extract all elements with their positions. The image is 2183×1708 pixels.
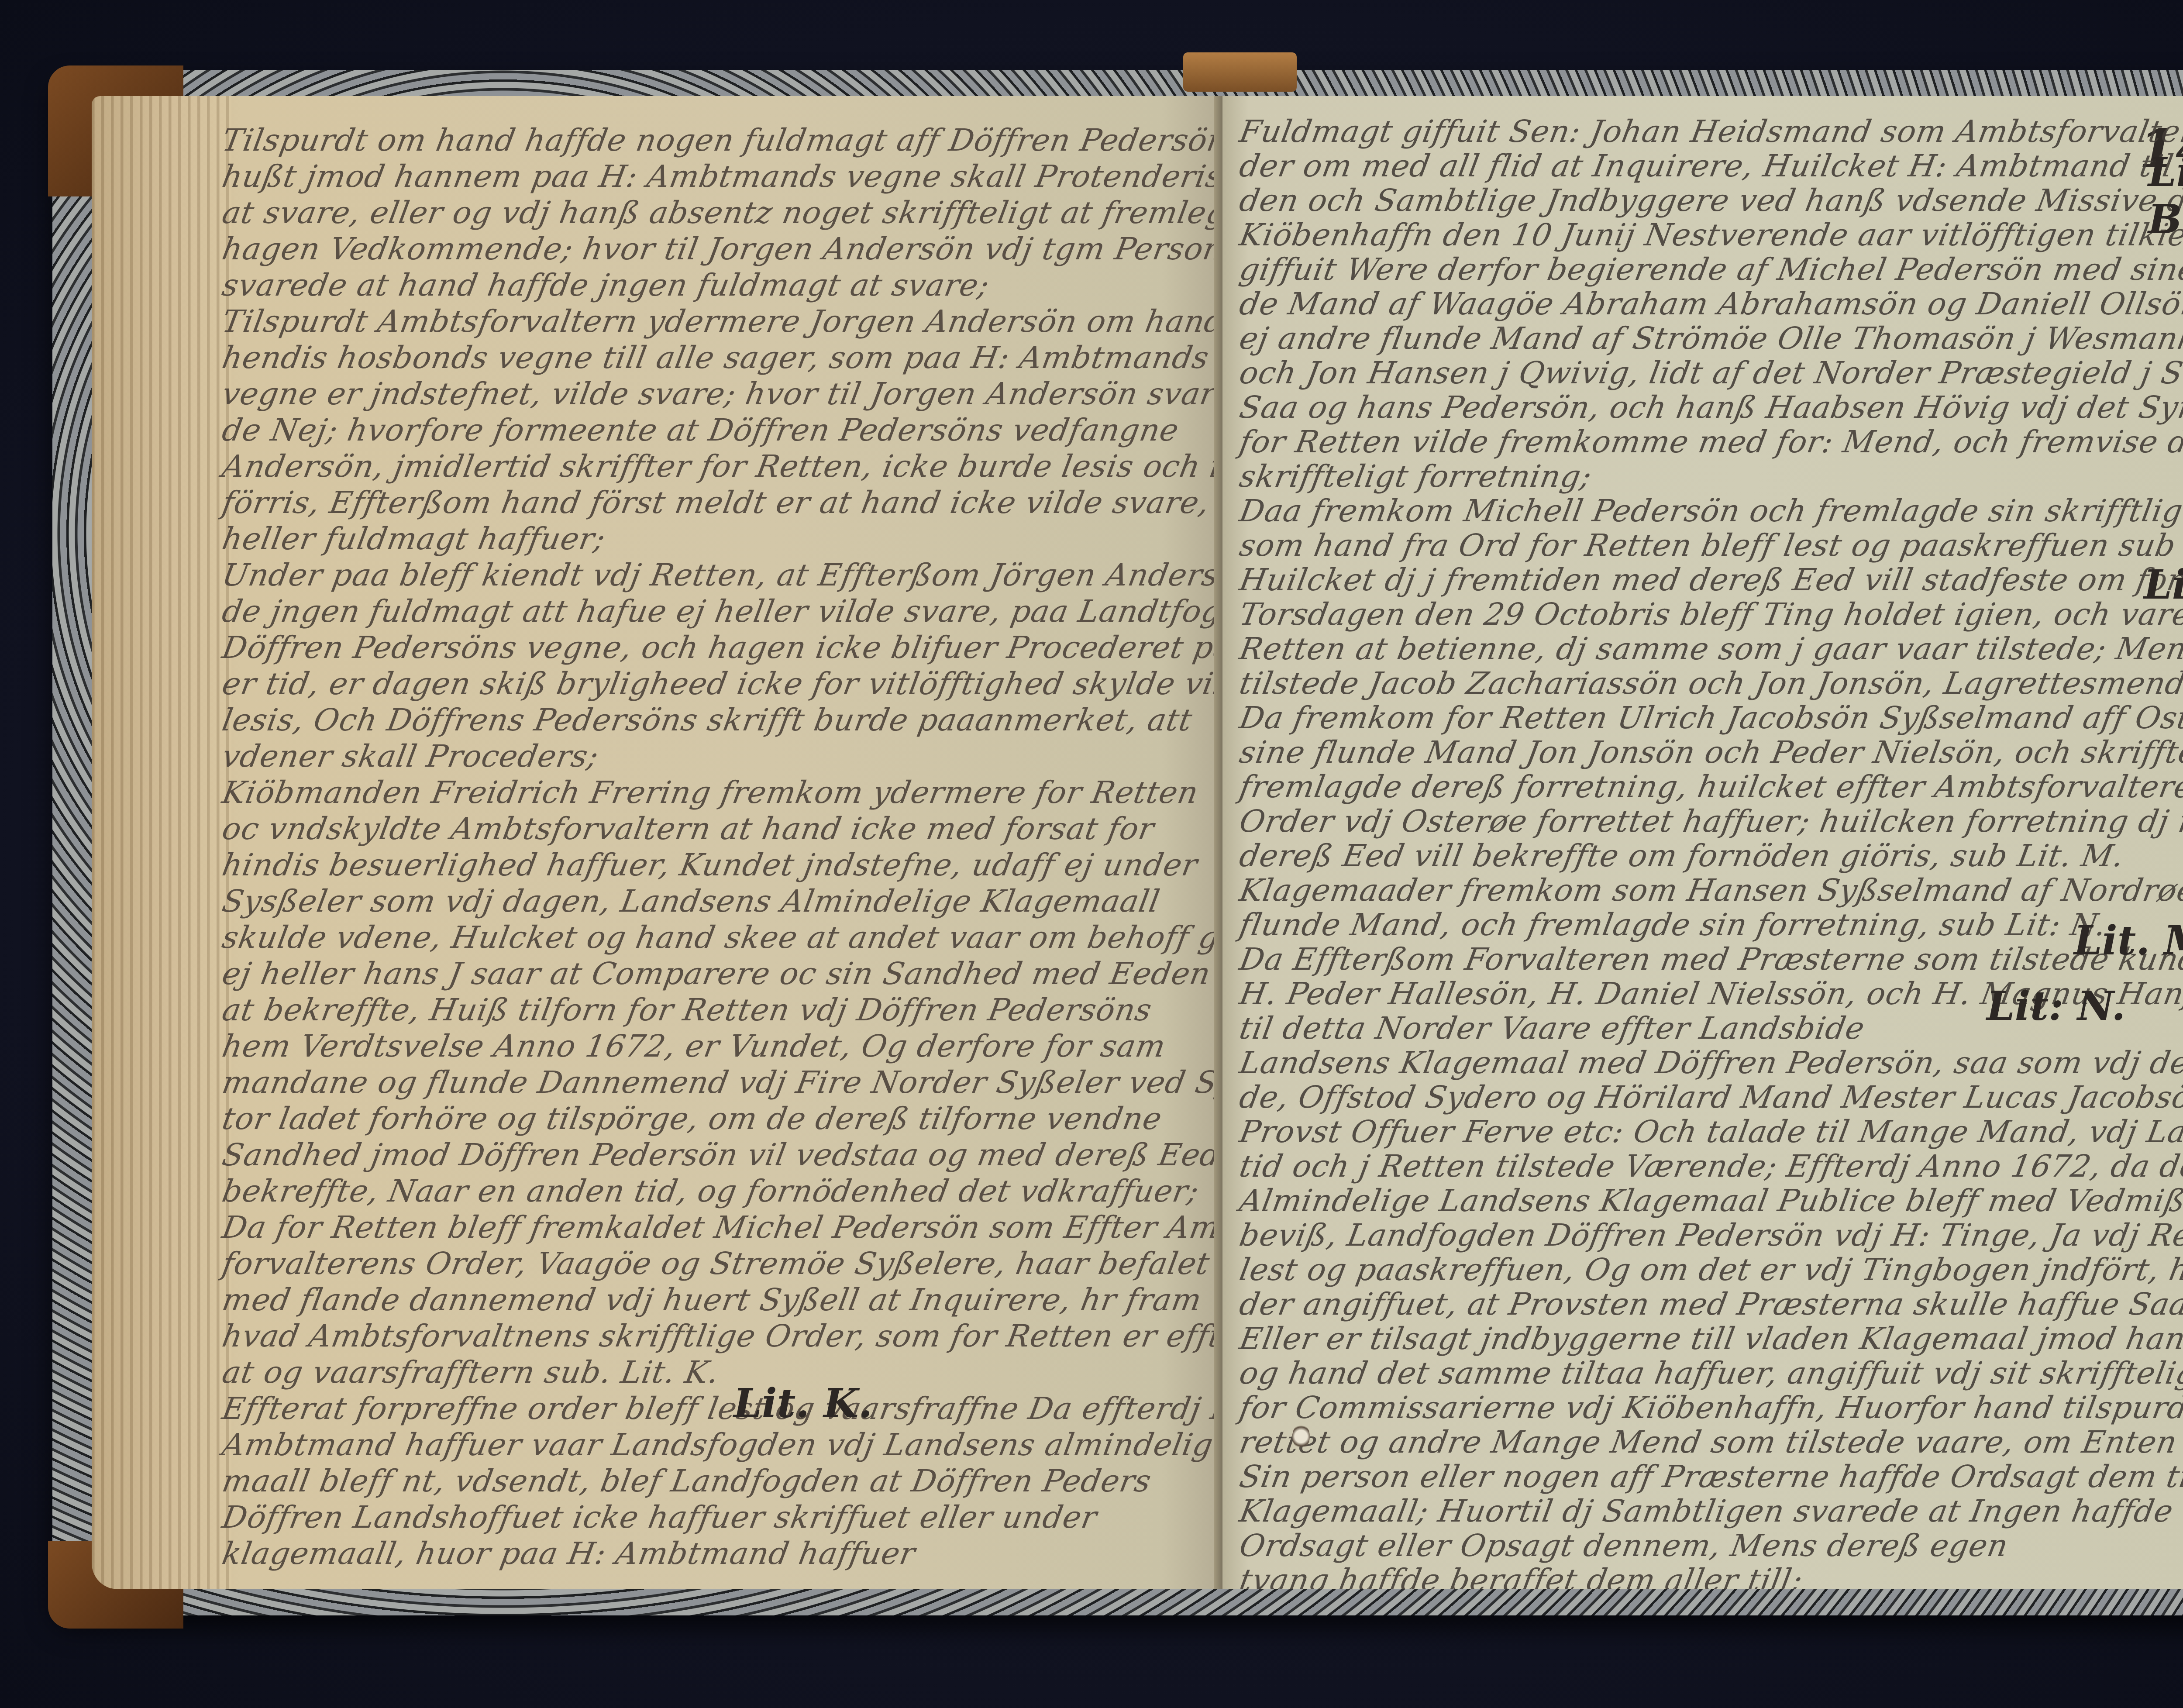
- manuscript-line: skulde vdene, Hulcket og hand skee at an…: [220, 919, 1218, 955]
- manuscript-line: de, Offstod Sydero og Hörilard Mand Mest…: [1237, 1079, 2183, 1115]
- manuscript-line: hem Verdtsvelse Anno 1672, er Vundet, Og…: [220, 1028, 1169, 1064]
- margin-ref-lit-k: Lit. K.: [733, 1380, 872, 1427]
- manuscript-line: Kiöbmanden Freidrich Frering fremkom yde…: [220, 775, 1202, 810]
- manuscript-line: Klagemaall; Huortil dj Sambtligen svared…: [1237, 1493, 2176, 1529]
- manuscript-line: Tilspurdt om hand haffde nogen fuldmagt …: [220, 122, 1218, 158]
- page-stack-edges: [92, 96, 231, 1589]
- manuscript-line: Sandhed jmod Döffren Pedersön vil vedsta…: [220, 1137, 1218, 1173]
- manuscript-line: bekreffte, Naar en anden tid, og fornöde…: [220, 1173, 1202, 1209]
- manuscript-line: och Jon Hansen j Qwivig, lidt af det Nor…: [1237, 355, 2183, 391]
- manuscript-line: hußt jmod hannem paa H: Ambtmands vegne …: [220, 158, 1218, 194]
- manuscript-line: Da Effterßom Forvalteren med Præsterne s…: [1237, 941, 2183, 977]
- manuscript-line: tor ladet forhöre og tilspörge, om de de…: [220, 1101, 1165, 1136]
- manuscript-line: hendis hosbonds vegne till alle sager, s…: [220, 340, 1212, 375]
- manuscript-line: Tilspurdt Ambtsforvaltern ydermere Jorge…: [220, 303, 1218, 339]
- manuscript-line: Saa og hans Pedersön, och hanß Haabsen H…: [1237, 389, 2183, 425]
- open-manuscript-book: Tilspurdt om hand haffde nogen fuldmagt …: [52, 70, 2183, 1615]
- manuscript-line: lesis, Och Döffrens Pedersöns skrifft bu…: [220, 702, 1195, 738]
- manuscript-line: Under paa bleff kiendt vdj Retten, at Ef…: [220, 557, 1218, 593]
- manuscript-line: Klagemaader fremkom som Hansen Syßselman…: [1237, 872, 2183, 908]
- manuscript-line: Sysßeler som vdj dagen, Landsens Alminde…: [220, 883, 1163, 919]
- manuscript-line: Landsens Klagemaal med Döffren Pedersön,…: [1237, 1045, 2183, 1081]
- manuscript-line: som hand fra Ord for Retten bleff lest o…: [1237, 527, 2183, 563]
- manuscript-line: maall bleff nt, vdsendt, blef Landfogden…: [220, 1463, 1154, 1499]
- manuscript-line: sine flunde Mand Jon Jonsön och Peder Ni…: [1237, 734, 2183, 770]
- manuscript-line: hvad Ambtsforvaltnens skrifftlige Order,…: [220, 1318, 1218, 1354]
- manuscript-line: at bekreffte, Huiß tilforn for Retten vd…: [220, 992, 1155, 1028]
- manuscript-line: tilstede Jacob Zachariassön och Jon Jons…: [1237, 665, 2183, 701]
- manuscript-line: at svare, eller og vdj hanß absentz noge…: [220, 195, 1218, 231]
- manuscript-line: tvang haffde beraffet dem aller till;: [1237, 1562, 1806, 1589]
- manuscript-line: Daa fremkom Michell Pedersön och fremlag…: [1237, 493, 2183, 529]
- manuscript-line: hagen Vedkommende; hvor til Jorgen Ander…: [220, 231, 1218, 267]
- manuscript-line: Fuldmagt giffuit Sen: Johan Heidsmand so…: [1237, 114, 2183, 149]
- manuscript-line: er tid, er dagen skiß bryligheed icke fo…: [220, 666, 1218, 702]
- manuscript-line: rettet og andre Mange Mend som tilstede …: [1237, 1424, 2183, 1460]
- manuscript-line: der om med all flid at Inquirere, Huilck…: [1237, 148, 2183, 184]
- manuscript-line: Ambtmand haffuer vaar Landsfogden vdj La…: [220, 1427, 1218, 1463]
- manuscript-line: giffuit Were derfor begierende af Michel…: [1237, 251, 2183, 287]
- margin-ref-lit-l: Lit. L.: [2144, 561, 2183, 608]
- manuscript-line: vegne er jndstefnet, vilde svare; hvor t…: [220, 376, 1218, 412]
- manuscript-line: Sin person eller nogen aff Præsterne haf…: [1237, 1459, 2183, 1494]
- manuscript-line: Provst Offuer Ferve etc: Och talade til …: [1237, 1114, 2183, 1150]
- manuscript-line: Ordsagt eller Opsagt dennem, Mens dereß …: [1237, 1528, 2011, 1563]
- manuscript-line: og hand det samme tiltaa haffuer, angiff…: [1237, 1355, 2183, 1391]
- manuscript-line: Kiöbenhaffn den 10 Junij Nestverende aar…: [1237, 217, 2183, 253]
- manuscript-line: med flande dannemend vdj huert Syßell at…: [220, 1282, 1205, 1318]
- manuscript-line: Retten at betienne, dj samme som j gaar …: [1237, 631, 2183, 667]
- manuscript-line: for Commissarierne vdj Kiöbenhaffn, Huor…: [1237, 1390, 2183, 1426]
- manuscript-line: ej heller hans J saar at Comparere oc si…: [220, 956, 1214, 992]
- left-page: Tilspurdt om hand haffde nogen fuldmagt …: [92, 96, 1218, 1589]
- manuscript-line: flunde Mand, och fremlagde sin forretnin…: [1237, 907, 2109, 943]
- manuscript-line: lest og paaskreffuen, Og om det er vdj T…: [1237, 1252, 2183, 1288]
- margin-ref-lit-n: Lit: N.: [1987, 982, 2125, 1030]
- manuscript-line: hindis besuerlighed haffuer, Kundet jnds…: [220, 847, 1201, 883]
- manuscript-line: Eller er tilsagt jndbyggerne till vladen…: [1237, 1321, 2183, 1357]
- manuscript-line: vdener skall Proceders;: [220, 738, 602, 774]
- manuscript-line: tid och j Retten tilstede Værende; Effte…: [1237, 1148, 2183, 1184]
- manuscript-line: Almindelige Landsens Klagemaal Publice b…: [1237, 1183, 2183, 1219]
- manuscript-line: Andersön, jmidlertid skriffter for Rette…: [220, 448, 1218, 484]
- manuscript-line: ej andre flunde Mand af Strömöe Olle Tho…: [1237, 320, 2183, 356]
- margin-ref-lit-b: Lit. B.: [2148, 148, 2183, 243]
- right-page: 141 Fuldmagt giffuit Sen: Johan Heidsman…: [1222, 96, 2183, 1589]
- manuscript-line: dereß Eed vill bekreffte om fornöden giö…: [1237, 838, 2127, 874]
- manuscript-line: Döffren Landshoffuet icke haffuer skriff…: [220, 1499, 1100, 1535]
- manuscript-line: de jngen fuldmagt att hafue ej heller vi…: [220, 593, 1218, 629]
- manuscript-line: förris, Effterßom hand först meldt er at…: [220, 485, 1218, 520]
- manuscript-line: klagemaall, huor paa H: Ambtmand haffuer: [220, 1536, 919, 1571]
- manuscript-line: Da for Retten bleff fremkaldet Michel Pe…: [220, 1209, 1218, 1245]
- manuscript-line: de Mand af Waagöe Abraham Abrahamsön og …: [1237, 286, 2183, 322]
- leather-spine: [1183, 52, 1297, 92]
- manuscript-line: Da fremkom for Retten Ulrich Jacobsön Sy…: [1237, 700, 2183, 736]
- manuscript-line: at og vaarsfrafftern sub. Lit. K.: [220, 1354, 722, 1390]
- manuscript-line: fremlagde dereß forretning, huilcket eff…: [1237, 769, 2183, 805]
- manuscript-line: til detta Norder Vaare effter Landsbide: [1237, 1010, 1868, 1046]
- manuscript-line: forvalterens Order, Vaagöe og Stremöe Sy…: [220, 1246, 1212, 1281]
- manuscript-line: de Nej; hvorfore formeente at Döffren Pe…: [220, 412, 1182, 448]
- manuscript-line: skriffteligt forretning;: [1237, 458, 1594, 494]
- manuscript-line: Döffren Pedersöns vegne, och hagen icke …: [220, 630, 1218, 665]
- manuscript-line: der angiffuet, at Provsten med Præsterna…: [1237, 1286, 2183, 1322]
- margin-ref-lit-m: Lit. M.: [2074, 917, 2183, 964]
- manuscript-line: Huilcket dj j fremtiden med dereß Eed vi…: [1237, 562, 2183, 598]
- manuscript-line: den och Sambtlige Jndbyggere ved hanß vd…: [1237, 183, 2183, 218]
- manuscript-line: Order vdj Osterøe forrettet haffuer; hui…: [1237, 803, 2183, 839]
- manuscript-line: Effterat forpreffne order bleff lest og …: [220, 1391, 1218, 1426]
- manuscript-line: oc vndskyldte Ambtsforvaltern at hand ic…: [220, 811, 1157, 847]
- manuscript-line: heller fuldmagt haffuer;: [220, 521, 609, 557]
- manuscript-line: for Retten vilde fremkomme med for: Mend…: [1237, 424, 2183, 460]
- paper-damage-hole: [1292, 1423, 1310, 1450]
- manuscript-line: mandane og flunde Dannemend vdj Fire Nor…: [220, 1064, 1218, 1100]
- manuscript-line: beviß, Landfogden Döffren Pedersön vdj H…: [1237, 1217, 2183, 1253]
- manuscript-line: svarede at hand haffde jngen fuldmagt at…: [220, 267, 992, 303]
- manuscript-line: Torsdagen den 29 Octobris bleff Ting hol…: [1237, 596, 2183, 632]
